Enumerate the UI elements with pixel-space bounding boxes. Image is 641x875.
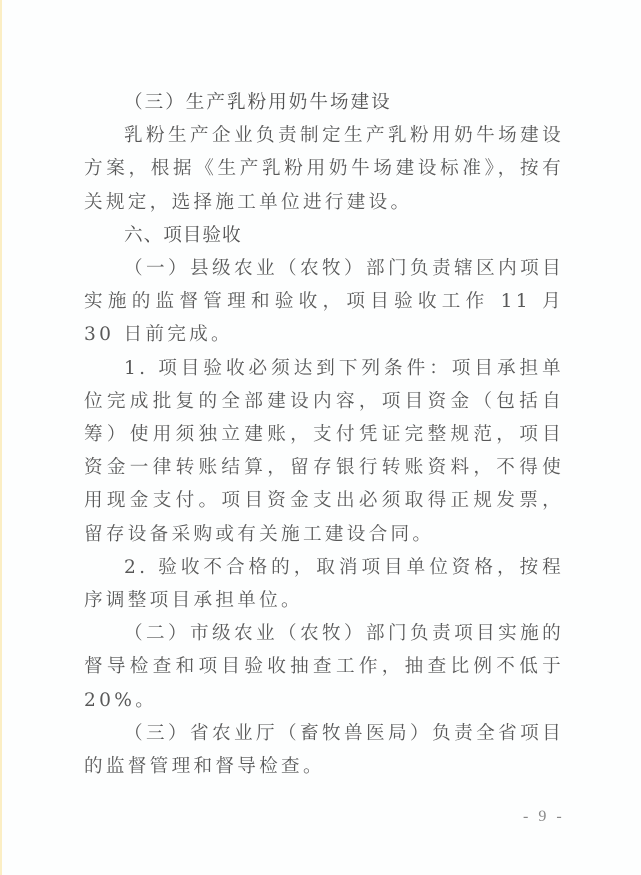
page-edge-strip: [0, 0, 2, 875]
body-paragraph: 乳粉生产企业负责制定生产乳粉用奶牛场建设方案，根据《生产乳粉用奶牛场建设标准》，…: [84, 119, 564, 219]
body-paragraph: （二）市级农业（农牧）部门负责项目实施的督导检查和项目验收抽查工作，抽查比例不低…: [84, 617, 564, 717]
body-paragraph: （一）县级农业（农牧）部门负责辖区内项目实施的监督管理和验收，项目验收工作 11…: [84, 252, 564, 352]
section-heading: （三）生产乳粉用奶牛场建设: [84, 86, 564, 119]
body-paragraph: 2. 验收不合格的，取消项目单位资格，按程序调整项目承担单位。: [84, 551, 564, 617]
body-paragraph: 1. 项目验收必须达到下列条件：项目承担单位完成批复的全部建设内容，项目资金（包…: [84, 352, 564, 551]
page-number: - 9 -: [523, 808, 565, 826]
chapter-heading: 六、项目验收: [84, 219, 564, 252]
body-paragraph: （三）省农业厅（畜牧兽医局）负责全省项目的监督管理和督导检查。: [84, 717, 564, 783]
document-page: （三）生产乳粉用奶牛场建设 乳粉生产企业负责制定生产乳粉用奶牛场建设方案，根据《…: [84, 86, 564, 783]
